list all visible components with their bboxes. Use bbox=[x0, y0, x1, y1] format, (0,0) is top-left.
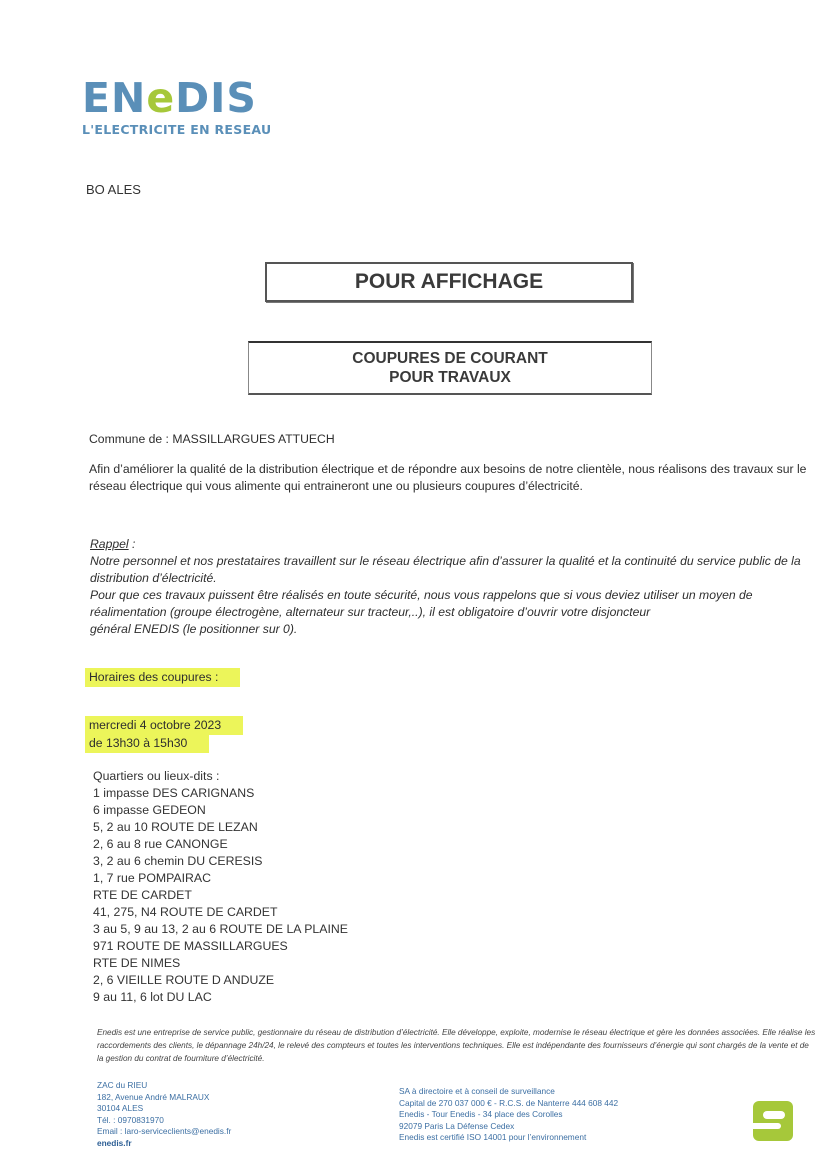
corporate-line: Capital de 270 037 000 € - R.C.S. de Nan… bbox=[399, 1098, 618, 1110]
outage-time: de 13h30 à 15h30 bbox=[85, 734, 209, 753]
logo-wordmark: ENeDIS bbox=[82, 76, 271, 120]
horaires-label: Horaires des coupures : bbox=[89, 669, 240, 686]
sender-office: BO ALES bbox=[86, 182, 141, 197]
address-line: 30104 ALES bbox=[97, 1103, 231, 1115]
quartier-item: 6 impasse GEDEON bbox=[93, 802, 348, 819]
address-line: Tél. : 0970831970 bbox=[97, 1115, 231, 1127]
rappel-colon: : bbox=[129, 537, 136, 551]
corporate-line: SA à directoire et à conseil de surveill… bbox=[399, 1086, 618, 1098]
outage-schedule: mercredi 4 octobre 2023 de 13h30 à 15h30 bbox=[89, 716, 243, 752]
outage-date: mercredi 4 octobre 2023 bbox=[85, 716, 243, 735]
corporate-line: 92079 Paris La Défense Cedex bbox=[399, 1121, 618, 1133]
enedis-logo: ENeDIS L'ELECTRICITE EN RESEAU bbox=[82, 76, 271, 137]
quartier-item: 5, 2 au 10 ROUTE DE LEZAN bbox=[93, 819, 348, 836]
commune: Commune de : MASSILLARGUES ATTUECH bbox=[89, 431, 335, 448]
rappel-line: général ENEDIS (le positionner sur 0). bbox=[90, 621, 820, 638]
subject-box: COUPURES DE COURANT POUR TRAVAUX bbox=[248, 341, 652, 395]
address-line: ZAC du RIEU bbox=[97, 1080, 231, 1092]
rappel-label: Rappel bbox=[90, 537, 129, 551]
logo-part-green: e bbox=[146, 74, 175, 122]
logo-part: DIS bbox=[175, 74, 257, 122]
display-title: POUR AFFICHAGE bbox=[355, 270, 543, 294]
rappel-section: Rappel : Notre personnel et nos prestata… bbox=[90, 536, 820, 638]
quartiers-list: Quartiers ou lieux-dits : 1 impasse DES … bbox=[93, 768, 348, 1006]
quartier-item: 41, 275, N4 ROUTE DE CARDET bbox=[93, 904, 348, 921]
quartier-item: 3, 2 au 6 chemin DU CERESIS bbox=[93, 853, 348, 870]
logo-tagline: L'ELECTRICITE EN RESEAU bbox=[82, 122, 271, 137]
legal-notice: Enedis est une entreprise de service pub… bbox=[97, 1026, 817, 1065]
quartier-item: 2, 6 VIEILLE ROUTE D ANDUZE bbox=[93, 972, 348, 989]
address-line: 182, Avenue André MALRAUX bbox=[97, 1092, 231, 1104]
corporate-line: Enedis est certifié ISO 14001 pour l’env… bbox=[399, 1132, 618, 1144]
quartier-item: 9 au 11, 6 lot DU LAC bbox=[93, 989, 348, 1006]
display-title-box: POUR AFFICHAGE bbox=[265, 262, 633, 302]
corporate-info: SA à directoire et à conseil de surveill… bbox=[399, 1086, 618, 1144]
subject-line-1: COUPURES DE COURANT bbox=[249, 349, 651, 368]
rappel-line: Notre personnel et nos prestataires trav… bbox=[90, 553, 820, 587]
address-line[interactable]: Email : laro-serviceclients@enedis.fr bbox=[97, 1126, 231, 1138]
quartier-item: 971 ROUTE DE MASSILLARGUES bbox=[93, 938, 348, 955]
horaires-text: Horaires des coupures : bbox=[85, 668, 240, 687]
quartier-item: 2, 6 au 8 rue CANONGE bbox=[93, 836, 348, 853]
corporate-line: Enedis - Tour Enedis - 34 place des Coro… bbox=[399, 1109, 618, 1121]
quartier-item: RTE DE NIMES bbox=[93, 955, 348, 972]
logo-part: EN bbox=[82, 74, 146, 122]
quartier-item: 3 au 5, 9 au 13, 2 au 6 ROUTE DE LA PLAI… bbox=[93, 921, 348, 938]
quartier-item: RTE DE CARDET bbox=[93, 887, 348, 904]
enedis-e-icon bbox=[753, 1101, 793, 1141]
quartiers-label: Quartiers ou lieux-dits : bbox=[93, 768, 348, 785]
office-address: ZAC du RIEU182, Avenue André MALRAUX3010… bbox=[97, 1080, 231, 1149]
quartier-item: 1 impasse DES CARIGNANS bbox=[93, 785, 348, 802]
rappel-line: Pour que ces travaux puissent être réali… bbox=[90, 587, 820, 621]
subject-line-2: POUR TRAVAUX bbox=[249, 368, 651, 387]
quartier-item: 1, 7 rue POMPAIRAC bbox=[93, 870, 348, 887]
website-link[interactable]: enedis.fr bbox=[97, 1138, 231, 1150]
intro-paragraph: Afin d’améliorer la qualité de la distri… bbox=[89, 461, 819, 495]
